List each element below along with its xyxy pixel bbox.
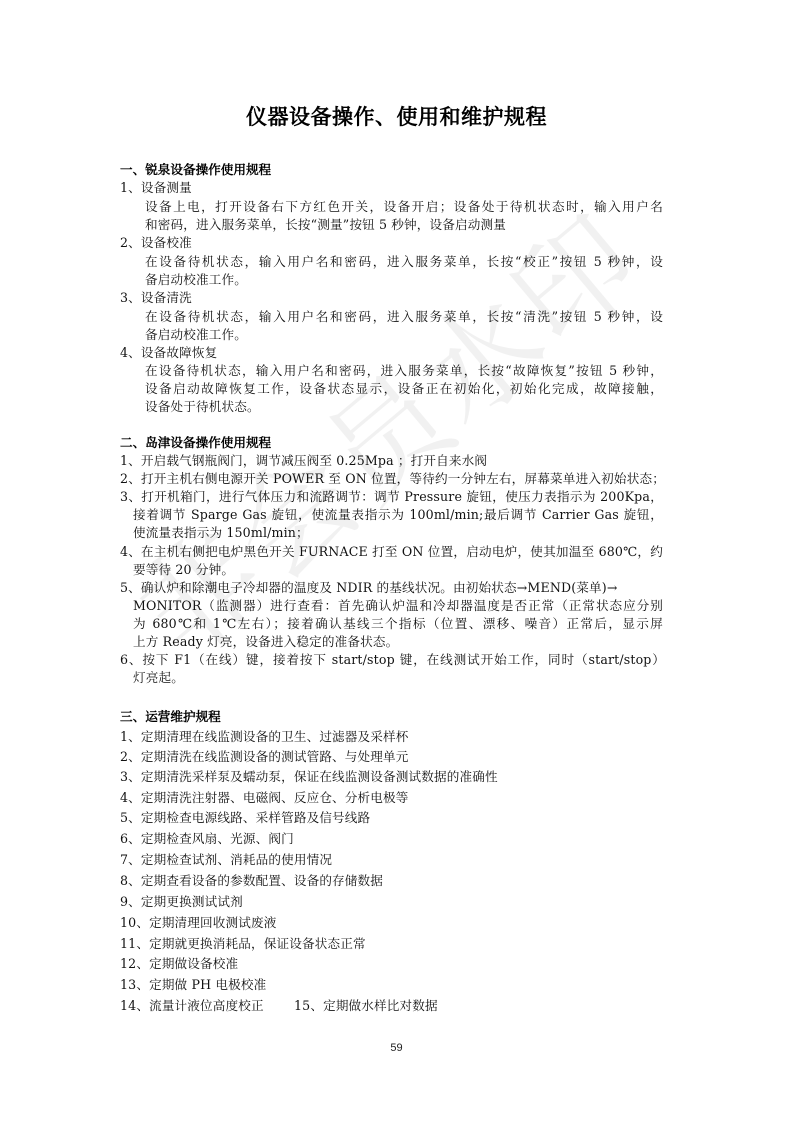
list-item: 8、定期查看设备的参数配置、设备的存储数据 <box>120 872 383 890</box>
paragraph-line: 在设备待机状态，输入用户名和密码，进入服务菜单，长按“故障恢复”按钮 5 秒钟， <box>145 362 663 380</box>
item-label: 3、设备清洗 <box>120 289 192 307</box>
list-item: 7、定期检查试剂、消耗品的使用情况 <box>120 851 332 869</box>
section-heading-1: 一、锐泉设备操作使用规程 <box>120 161 271 179</box>
list-item: 9、定期更换测试试剂 <box>120 893 243 911</box>
paragraph-line: 设备启动故障恢复工作，设备状态显示，设备正在初始化，初始化完成，故障接触， <box>145 380 663 398</box>
item-label: 1、设备测量 <box>120 179 192 197</box>
document-title: 仪器设备操作、使用和维护规程 <box>0 101 793 131</box>
paragraph-line: 上方 Ready 灯亮，设备进入稳定的准备状态。 <box>133 633 398 651</box>
paragraph-line: 设备上电，打开设备右下方红色开关，设备开启；设备处于待机状态时，输入用户名 <box>145 198 663 216</box>
list-item: 6、定期检查风扇、光源、阀门 <box>120 830 294 848</box>
paragraph-line: 灯亮起。 <box>133 669 184 687</box>
list-item: 15、定期做水样比对数据 <box>294 997 438 1015</box>
paragraph-line: 6、按下 F1（在线）键，接着按下 start/stop 键，在线测试开始工作，… <box>120 651 665 669</box>
list-item: 12、定期做设备校准 <box>120 955 238 973</box>
paragraph-line: 1、开启载气钢瓶阀门，调节减压阀至 0.25Mpa ；打开自来水阀 <box>120 452 487 470</box>
paragraph-line: 和密码，进入服务菜单，长按“测量”按钮 5 秒钟，设备启动测量 <box>145 216 506 234</box>
paragraph-line: 要等待 20 分钟。 <box>133 561 234 579</box>
list-item: 10、定期清理回收测试废液 <box>120 914 277 932</box>
item-label: 4、设备故障恢复 <box>120 344 217 362</box>
paragraph-line: 在设备待机状态，输入用户名和密码，进入服务菜单，长按“清洗”按钮 5 秒钟，设 <box>145 308 663 326</box>
list-item: 11、定期就更换消耗品，保证设备状态正常 <box>120 935 366 953</box>
list-item: 13、定期做 PH 电极校准 <box>120 976 266 994</box>
paragraph-line: 5、确认炉和除潮电子冷却器的温度及 NDIR 的基线状况。由初始状态→MEND(… <box>120 579 618 597</box>
paragraph-line: 使流量表指示为 150ml/min； <box>133 524 309 542</box>
paragraph-line: 设备处于待机状态。 <box>145 398 260 416</box>
list-item: 5、定期检查电源线路、采样管路及信号线路 <box>120 809 370 827</box>
paragraph-line: 3、打开机箱门，进行气体压力和流路调节：调节 Pressure 旋钮，使压力表指… <box>120 488 663 506</box>
section-heading-3: 三、运营维护规程 <box>120 708 221 726</box>
paragraph-line: MONITOR（监测器）进行查看：首先确认炉温和冷却器温度是否正常（正常状态应分… <box>133 597 663 615</box>
paragraph-line: 在设备待机状态，输入用户名和密码，进入服务菜单，长按“校正”按钮 5 秒钟，设 <box>145 253 663 271</box>
paragraph-line: 4、在主机右侧把电炉黑色开关 FURNACE 打至 ON 位置，启动电炉，使其加… <box>120 543 663 561</box>
list-item: 14、流量计液位高度校正 <box>120 997 264 1015</box>
list-item: 3、定期清洗采样泵及蠕动泵，保证在线监测设备测试数据的准确性 <box>120 768 498 786</box>
paragraph-line: 2、打开主机右侧电源开关 POWER 至 ON 位置，等待约一分钟左右，屏幕菜单… <box>120 470 665 488</box>
paragraph-line: 备启动校准工作。 <box>145 271 247 289</box>
paragraph-line: 为 680℃和 1℃左右）；接着确认基线三个指标（位置、漂移、噪音）正常后，显示… <box>133 615 663 633</box>
list-item: 4、定期清洗注射器、电磁阀、反应仓、分析电极等 <box>120 789 409 807</box>
item-label: 2、设备校准 <box>120 234 192 252</box>
list-item: 1、定期清理在线监测设备的卫生、过滤器及采样杯 <box>120 728 409 746</box>
list-item: 2、定期清洗在线监测设备的测试管路、与处理单元 <box>120 748 409 766</box>
section-heading-2: 二、岛津设备操作使用规程 <box>120 434 271 452</box>
paragraph-line: 接着调节 Sparge Gas 旋钮，使流量表指示为 100ml/min;最后调… <box>133 506 663 524</box>
paragraph-line: 备启动校准工作。 <box>145 326 247 344</box>
document-page: 非会员水印 仪器设备操作、使用和维护规程 一、锐泉设备操作使用规程 1、设备测量… <box>0 0 793 1122</box>
page-number: 59 <box>0 1042 793 1054</box>
